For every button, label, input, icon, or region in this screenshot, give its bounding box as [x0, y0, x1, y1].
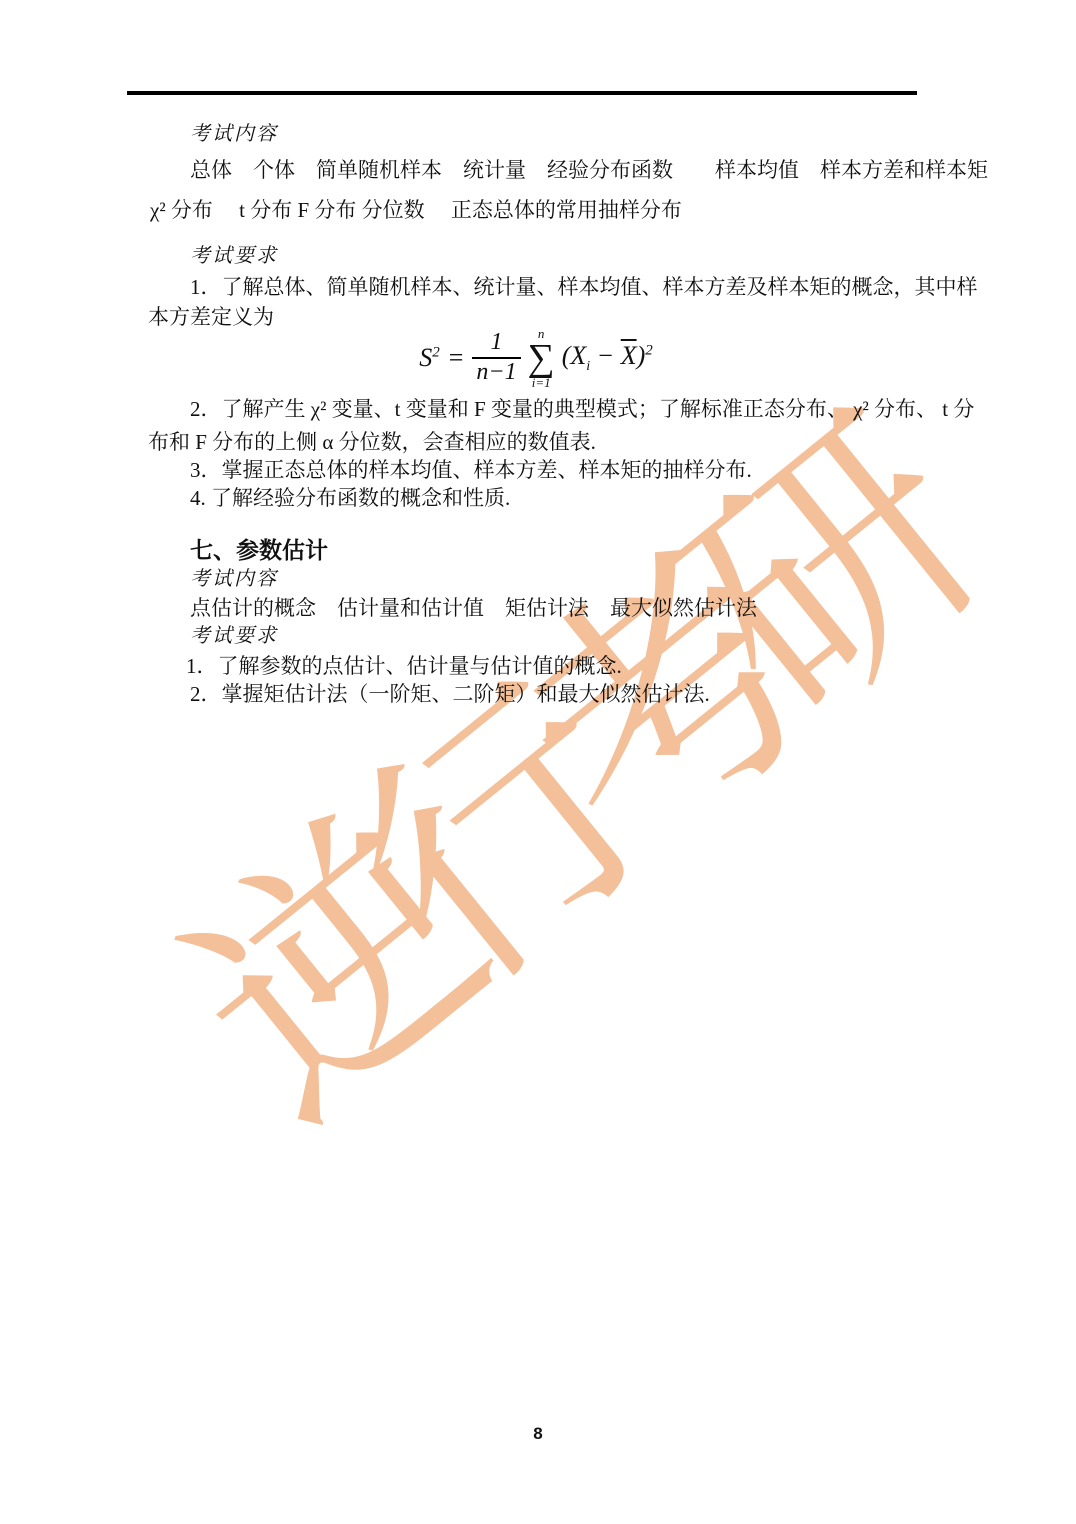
exam-content-terms-line1: 总体 个体 简单随机样本 统计量 经验分布函数 样本均值 样本方差和样本矩 — [190, 157, 988, 183]
watermark-text: 逆行考研 — [151, 416, 980, 1159]
exam-requirements-label: 考试要求 — [190, 244, 278, 269]
fraction: 1 n−1 — [472, 329, 520, 386]
header-rule — [127, 91, 917, 95]
requirement-3: 3．掌握正态总体的样本均值、样本方差、样本矩的抽样分布. — [190, 457, 752, 483]
requirement-2-line2: 布和 F 分布的上侧 α 分位数，会查相应的数值表. — [148, 429, 596, 455]
summation-symbol: n ∑ i=1 — [528, 327, 555, 389]
page-number: 8 — [0, 1424, 1076, 1444]
estimation-content-terms: 点估计的概念 估计量和估计值 矩估计法 最大似然估计法 — [190, 595, 757, 621]
estimation-requirement-2: 2．掌握矩估计法（一阶矩、二阶矩）和最大似然估计法. — [190, 681, 710, 707]
estimation-requirement-1: 1．了解参数的点估计、估计量与估计值的概念. — [186, 653, 622, 679]
exam-content-terms-line2: χ² 分布 t 分布 F 分布 分位数 正态总体的常用抽样分布 — [150, 197, 682, 223]
equals-sign: = — [447, 343, 466, 373]
summand-term: (Xi − X)2 — [562, 341, 653, 375]
estimation-content-label: 考试内容 — [190, 567, 278, 592]
document-page: 逆行考研 考试内容 总体 个体 简单随机样本 统计量 经验分布函数 样本均值 样… — [0, 0, 1076, 1524]
estimation-requirements-label: 考试要求 — [190, 624, 278, 649]
exam-content-label: 考试内容 — [190, 122, 278, 147]
requirement-2-line1: 2．了解产生 χ² 变量、t 变量和 F 变量的典型模式；了解标准正态分布、 χ… — [190, 396, 974, 422]
requirement-1-line2: 本方差定义为 — [148, 304, 274, 330]
sample-variance-formula: S2 = 1 n−1 n ∑ i=1 (Xi − X)2 — [386, 320, 686, 396]
formula-lhs: S2 — [419, 343, 440, 373]
section-seven-title: 七、参数估计 — [190, 536, 328, 565]
requirement-1-line1: 1．了解总体、简单随机样本、统计量、样本均值、样本方差及样本矩的概念，其中样 — [190, 274, 978, 300]
requirement-4: 4. 了解经验分布函数的概念和性质. — [190, 485, 510, 511]
